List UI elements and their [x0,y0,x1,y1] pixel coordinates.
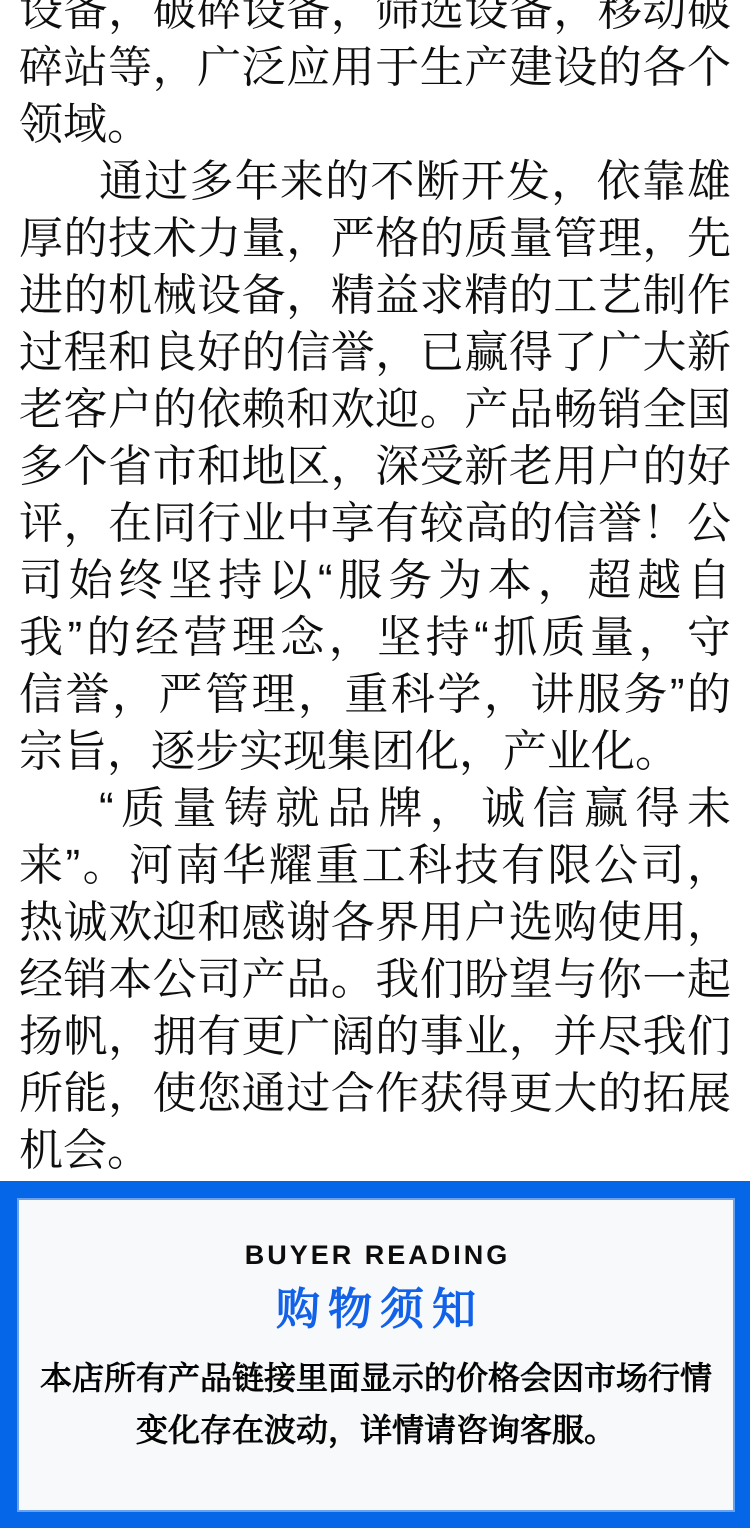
description-line: 经销本公司产品。我们盼望与你一起 [19,951,731,1008]
buyer-notice-panel: BUYER READING 购物须知 本店所有产品链接里面显示的价格会因市场行情… [0,1181,750,1528]
company-description: 设备，破碎设备，筛选设备，移动破碎站等，广泛应用于生产建设的各个领域。通过多年来… [19,0,731,1179]
description-line: 评，在同行业中享有较高的信誉！公 [19,495,731,552]
description-line: 热诚欢迎和感谢各界用户选购使用， [19,894,731,951]
description-line: “质量铸就品牌，诚信赢得未 [19,780,731,837]
buyer-notice-text: 本店所有产品链接里面显示的价格会因市场行情 变化存在波动，详情请咨询客服。 [37,1352,715,1456]
description-line: 扬帆，拥有更广阔的事业，并尽我们 [19,1008,731,1065]
description-line: 机会。 [19,1122,731,1179]
description-line: 设备，破碎设备，筛选设备，移动破 [19,0,731,39]
description-line: 宗旨，逐步实现集团化，产业化。 [19,723,731,780]
description-line: 所能，使您通过合作获得更大的拓展 [19,1065,731,1122]
description-line: 多个省市和地区，深受新老用户的好 [19,438,731,495]
description-line: 通过多年来的不断开发，依靠雄 [19,153,731,210]
buyer-notice-heading-cn: 购物须知 [37,1284,715,1336]
description-line: 司始终坚持以“服务为本，超越自 [19,552,731,609]
buyer-notice-heading-en: BUYER READING [37,1238,715,1272]
description-line: 碎站等，广泛应用于生产建设的各个 [19,39,731,96]
description-line: 领域。 [19,96,731,153]
buyer-notice-card: BUYER READING 购物须知 本店所有产品链接里面显示的价格会因市场行情… [19,1200,733,1510]
description-line: 进的机械设备，精益求精的工艺制作 [19,267,731,324]
description-line: 老客户的依赖和欢迎。产品畅销全国 [19,381,731,438]
description-line: 过程和良好的信誉，已赢得了广大新 [19,324,731,381]
description-line: 厚的技术力量，严格的质量管理，先 [19,210,731,267]
description-line: 信誉，严管理，重科学，讲服务”的 [19,666,731,723]
description-line: 我”的经营理念，坚持“抓质量，守 [19,609,731,666]
description-line: 来”。河南华耀重工科技有限公司， [19,837,731,894]
